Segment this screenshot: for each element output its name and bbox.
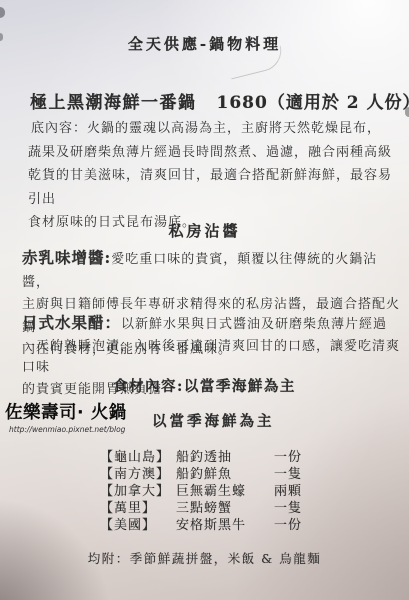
item-cell: 船釣鮮魚: [176, 467, 274, 484]
table-row: 【美國】 安格斯黑牛 一份: [100, 518, 369, 535]
broth-line: 底內容：火鍋的靈魂以高湯為主，主廚將天然乾燥昆布，: [28, 117, 403, 141]
qty-cell: 一隻: [274, 467, 369, 484]
sauce-vinegar-line1: 日式水果醋：以新鮮水果與日式醬油及研磨柴魚薄片經過: [22, 312, 405, 336]
origin-cell: 【龜山島】: [100, 450, 176, 467]
qty-cell: 兩顆: [274, 484, 369, 501]
qty-cell: 一隻: [274, 501, 369, 518]
sauce-section-heading: 私房沾醬: [0, 220, 409, 241]
broth-description: 底內容：火鍋的靈魂以高湯為主，主廚將天然乾燥昆布， 蔬果及研磨柴魚薄片經過長時間…: [28, 117, 403, 235]
page-title: 全天供應-鍋物料理: [0, 33, 409, 54]
dish-price: 1680（適用於 2 人份）: [217, 93, 409, 113]
origin-cell: 【美國】: [100, 518, 176, 535]
origin-cell: 【萬里】: [100, 501, 176, 518]
watermark-brand: 佐樂壽司· 火鍋: [5, 399, 155, 424]
ingredients-heading: 食材內容:以當季海鮮為主: [0, 375, 409, 396]
sauce-vinegar-name: 日式水果醋：: [22, 313, 121, 332]
table-row: 【南方澳】 船釣鮮魚 一隻: [100, 467, 369, 484]
photo-smudge: [0, 7, 5, 18]
sauce-miso-line1: 赤乳味增醬:愛吃重口味的貴賓，顛覆以往傳統的火鍋沾醬，: [22, 247, 405, 294]
sauce-miso-name: 赤乳味增醬:: [22, 248, 111, 267]
blog-watermark: 佐樂壽司· 火鍋 http://wenmiao.pixnet.net/blog: [5, 399, 155, 434]
sauce-vinegar-line2: 一天的熟睡泡漬，入味後可達到清爽回甘的口感，讓愛吃清爽口味: [22, 336, 405, 379]
dish-name: 極上黑潮海鮮一番鍋: [30, 93, 197, 113]
seafood-menu-table: 【龜山島】 船釣透抽 一份 【南方澳】 船釣鮮魚 一隻 【加拿大】 巨無霸生蠔 …: [100, 450, 369, 535]
broth-line: 乾貨的甘美滋味，清爽回甘，最適合搭配新鮮海鮮，最容易引出: [28, 164, 403, 211]
table-row: 【龜山島】 船釣透抽 一份: [100, 450, 369, 467]
watermark-url: http://wenmiao.pixnet.net/blog: [9, 425, 155, 434]
item-cell: 巨無霸生蠔: [176, 484, 274, 501]
origin-cell: 【加拿大】: [100, 484, 176, 501]
qty-cell: 一份: [274, 518, 369, 535]
dish-heading: 極上黑潮海鮮一番鍋1680（適用於 2 人份）: [30, 88, 401, 113]
sauce-vinegar-text: 以新鮮水果與日式醬油及研磨柴魚薄片經過: [121, 317, 387, 332]
menu-photo-page: 全天供應-鍋物料理 極上黑潮海鮮一番鍋1680（適用於 2 人份） 底內容：火鍋…: [0, 0, 409, 600]
table-row: 【加拿大】 巨無霸生蠔 兩顆: [100, 484, 369, 501]
broth-line: 蔬果及研磨柴魚薄片經過長時間熬煮、過濾，融合兩種高級: [28, 141, 403, 165]
table-row: 【萬里】 三點螃蟹 一隻: [100, 501, 369, 518]
item-cell: 三點螃蟹: [176, 501, 274, 518]
qty-cell: 一份: [274, 450, 369, 467]
included-sides-note: 均附：季節鮮蔬拼盤，米飯 & 烏龍麵: [0, 549, 409, 567]
item-cell: 船釣透抽: [176, 450, 274, 467]
origin-cell: 【南方澳】: [100, 467, 176, 484]
season-note: 以當季海鮮為主: [152, 410, 275, 431]
item-cell: 安格斯黑牛: [176, 518, 274, 535]
